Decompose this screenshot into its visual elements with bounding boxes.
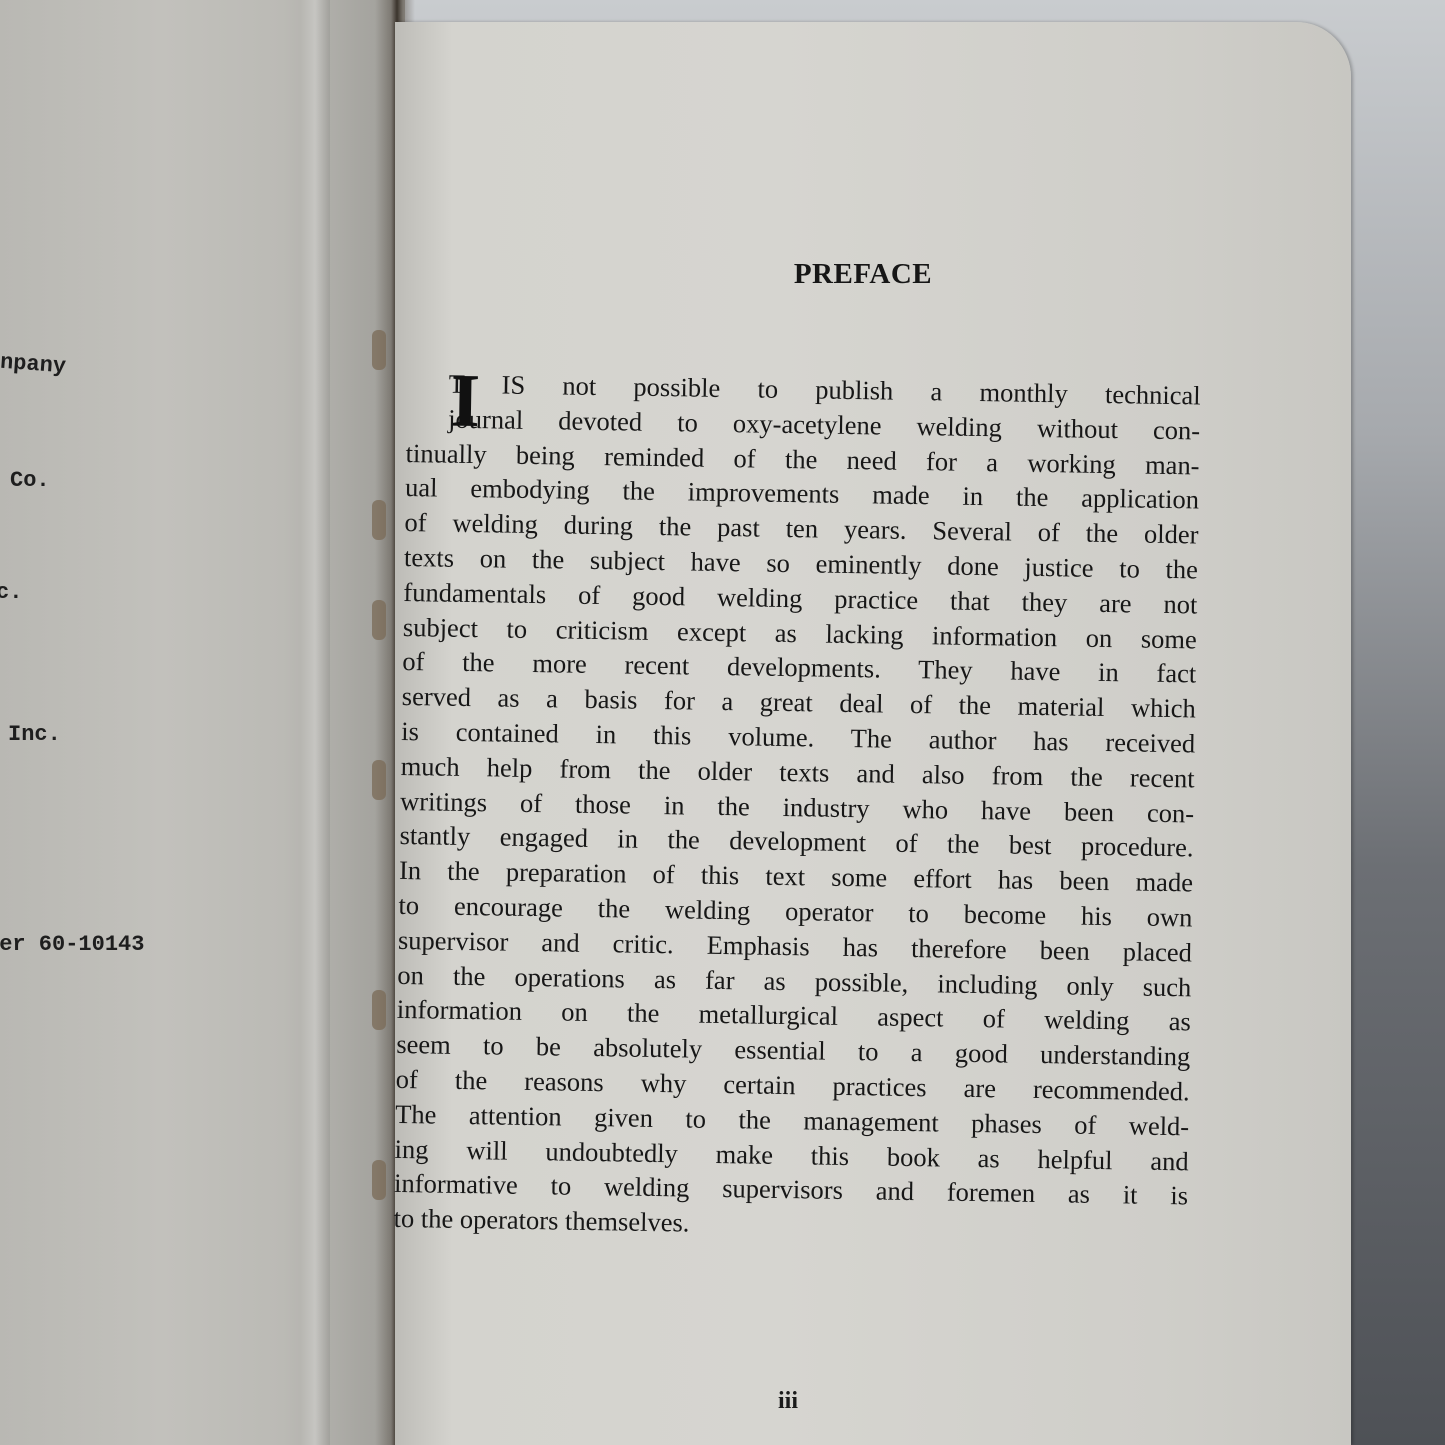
left-page-fragment-inc: Inc. [8, 722, 61, 747]
left-page-fragment-co: Co. [10, 468, 50, 493]
drop-cap: I [450, 368, 481, 434]
page-title: PREFACE [385, 258, 1341, 291]
binding-stitch [372, 330, 386, 370]
binding-stitch [372, 600, 386, 640]
left-page-fragment-inc-short: c. [0, 580, 22, 605]
binding-stitch [372, 760, 386, 800]
left-page-fragment-company: npany [0, 350, 67, 380]
right-page: PREFACE I T IS not possible to publish a… [395, 22, 1351, 1445]
binding-stitch [372, 990, 386, 1030]
page-fold-shadow [300, 0, 330, 1445]
binding-stitch [372, 1160, 386, 1200]
left-page: npany Co. c. Inc. ber 60-10143 [0, 0, 405, 1445]
left-page-fragment-catalog-number: ber 60-10143 [0, 932, 144, 957]
binding-stitch [372, 500, 386, 540]
preface-body: I T IS not possible to publish a monthly… [393, 366, 1201, 1248]
page-number: iii [778, 1388, 798, 1415]
